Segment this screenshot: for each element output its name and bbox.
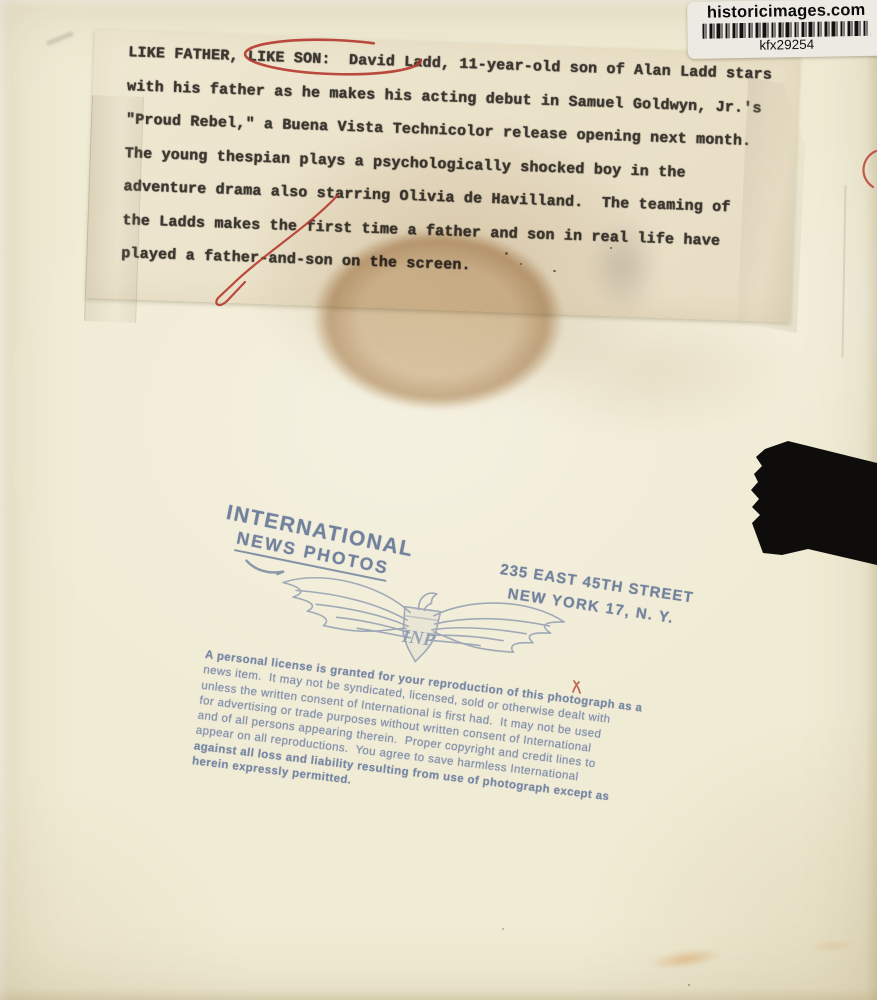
press-photo-back: LIKE FATHER, LIKE SON: David Ladd, 11-ye… xyxy=(0,0,877,1000)
right-wing xyxy=(426,593,565,660)
tape-edge-crease xyxy=(841,185,846,357)
ink-speck xyxy=(520,263,522,265)
stain-faint xyxy=(500,300,800,440)
pencil-smudge xyxy=(46,31,74,46)
ink-speck xyxy=(505,252,508,255)
ink-speck xyxy=(502,928,504,930)
clear-tape-left xyxy=(84,95,144,323)
red-edge-arc xyxy=(863,151,876,187)
inventory-sticker: historicimages.com kfx29254 xyxy=(687,0,877,59)
red-tick-mark xyxy=(573,681,580,693)
sticker-site-label: historicimages.com xyxy=(687,1,877,23)
orange-smudge xyxy=(647,945,725,973)
ink-speck xyxy=(610,247,612,249)
ink-speck xyxy=(688,984,690,986)
ink-speck xyxy=(553,270,556,272)
left-wing xyxy=(278,572,417,639)
emblem-monogram: INP xyxy=(400,626,437,652)
sticker-code-label: kfx29254 xyxy=(688,36,877,55)
orange-smudge xyxy=(808,938,857,953)
black-tape xyxy=(748,437,877,568)
